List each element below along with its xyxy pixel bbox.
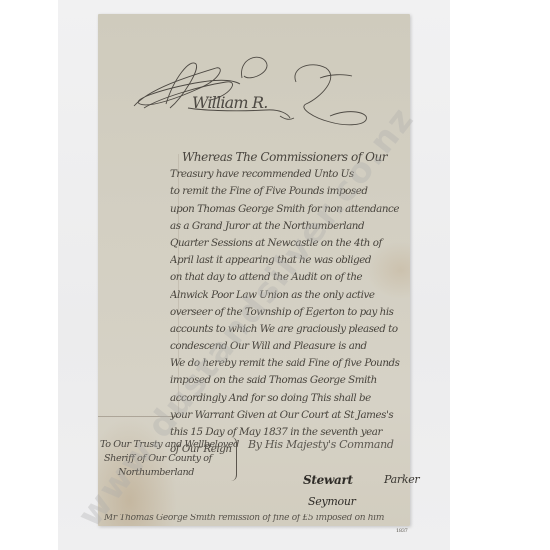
body-line: on that day to attend the Audit on of th… <box>170 269 408 286</box>
address-line: To Our Trusty and Wellbeloved <box>100 438 235 452</box>
command-line: By His Majesty's Command <box>248 439 394 450</box>
signatory-parker: Parker <box>384 474 419 485</box>
body-line: Whereas The Commissioners of Our <box>170 149 408 166</box>
address-line: Northumberland <box>100 466 235 480</box>
body-line: Alnwick Poor Law Union as the only activ… <box>170 287 408 304</box>
fold-crease-vertical <box>98 154 179 416</box>
body-line: accounts to which We are graciously plea… <box>170 321 408 338</box>
body-line: to remit the Fine of Five Pounds imposed <box>170 183 408 200</box>
fold-crease-horizontal <box>98 416 178 417</box>
body-line: April last it appearing that he was obli… <box>170 252 408 269</box>
signatory-seymour: Seymour <box>308 496 356 507</box>
body-line: accordingly And for so doing This shall … <box>170 390 408 407</box>
docket-note: Mr Thomas George Smith remission of fine… <box>104 514 404 523</box>
body-line: Treasury have recommended Unto Us <box>170 166 408 183</box>
body-line: upon Thomas George Smith for non attenda… <box>170 201 408 218</box>
warrant-body-text: Whereas The Commissioners of Our Treasur… <box>170 149 408 458</box>
svg-text:William R.: William R. <box>192 93 268 112</box>
signatory-stewart: Stewart <box>303 474 353 486</box>
body-line: overseer of the Township of Egerton to p… <box>170 304 408 321</box>
address-brace <box>230 437 237 481</box>
body-line: your Warrant Given at Our Court at St Ja… <box>170 407 408 424</box>
body-line: condescend Our Will and Pleasure is and <box>170 338 408 355</box>
body-line: We do hereby remit the said Fine of five… <box>170 355 408 372</box>
body-line: as a Grand Juror at the Northumberland <box>170 218 408 235</box>
address-line: Sheriff of Our County of <box>100 452 235 466</box>
addressee-block: To Our Trusty and Wellbeloved Sheriff of… <box>100 438 235 480</box>
body-line: Quarter Sessions at Newcastle on the 4th… <box>170 235 408 252</box>
folio-mark: 1837 <box>396 529 408 534</box>
body-line: imposed on the said Thomas George Smith <box>170 372 408 389</box>
royal-sign-manual-signature: William R. <box>130 38 370 138</box>
warrant-document: William R. Whereas The Commissioners of … <box>98 14 410 526</box>
